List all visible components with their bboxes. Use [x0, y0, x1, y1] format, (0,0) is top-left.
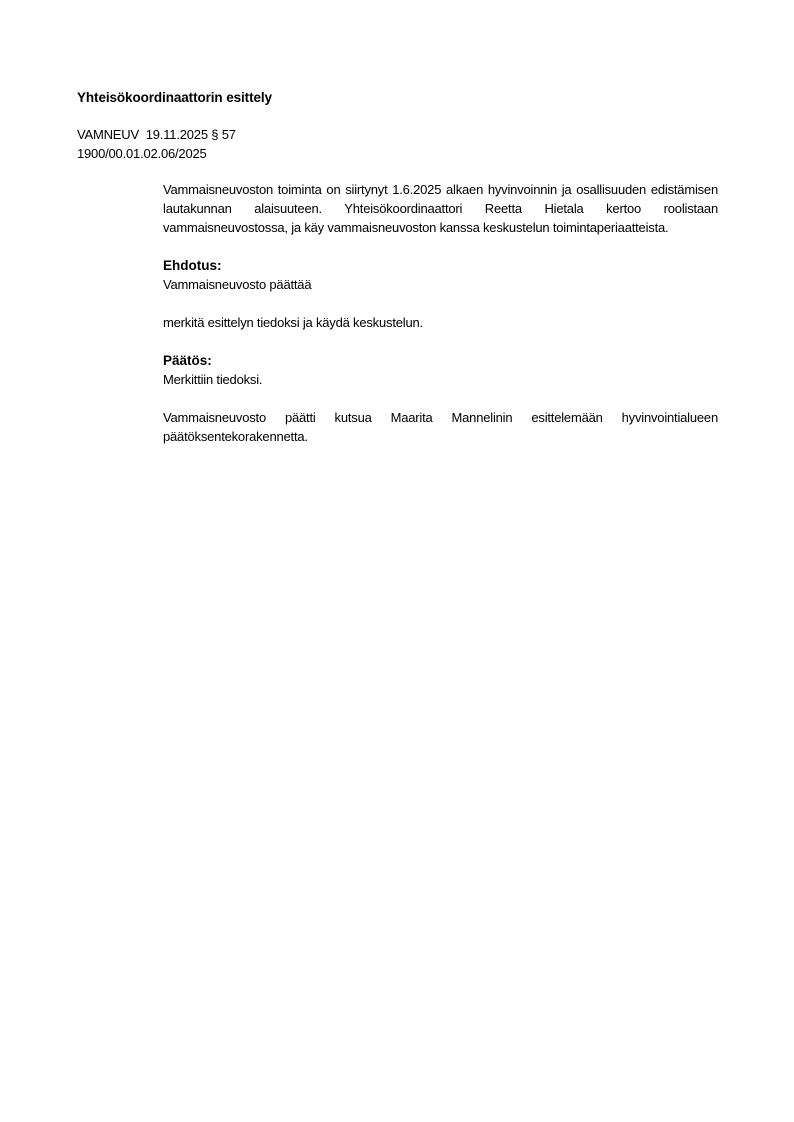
decision-text: Vammaisneuvosto päätti kutsua Maarita Ma… — [163, 408, 718, 446]
meeting-reference: VAMNEUV 19.11.2025 § 57 — [77, 125, 236, 144]
proposal-text: merkitä esittelyn tiedoksi ja käydä kesk… — [163, 313, 718, 332]
document-title: Yhteisökoordinaattorin esittely — [77, 89, 272, 107]
description-paragraph: Vammaisneuvoston toiminta on siirtynyt 1… — [163, 180, 718, 237]
document-body: Vammaisneuvoston toiminta on siirtynyt 1… — [163, 180, 718, 465]
document-meta: VAMNEUV 19.11.2025 § 57 1900/00.01.02.06… — [77, 125, 236, 163]
proposal-intro: Vammaisneuvosto päättää — [163, 275, 718, 294]
proposal-heading: Ehdotus: — [163, 256, 718, 275]
decision-heading: Päätös: — [163, 351, 718, 370]
diary-number: 1900/00.01.02.06/2025 — [77, 144, 236, 163]
decision-intro: Merkittiin tiedoksi. — [163, 370, 718, 389]
